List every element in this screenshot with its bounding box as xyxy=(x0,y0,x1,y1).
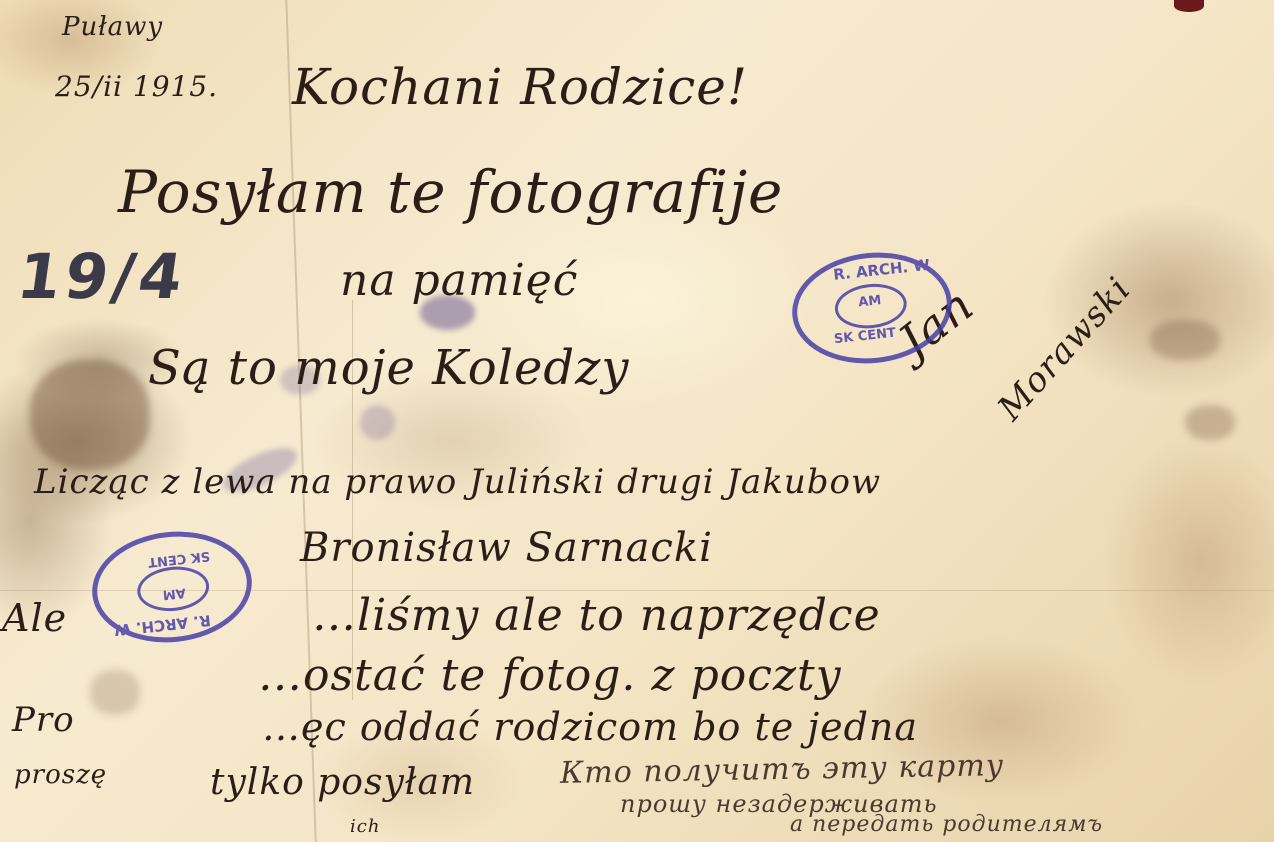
letter-line: …ostać te fotog. z poczty xyxy=(258,650,842,701)
water-stain xyxy=(30,360,150,470)
margin-fragment: Pro xyxy=(12,700,75,740)
letter-line: Licząc z lewa na prawo Juliński drugi Ja… xyxy=(34,462,881,502)
water-stain xyxy=(90,670,140,715)
letter-line: ich xyxy=(350,816,380,837)
greeting: Kochani Rodzice! xyxy=(292,58,748,116)
stamp-text-lower: SK CENT xyxy=(147,548,210,569)
russian-note-line: а передать родителямъ xyxy=(790,812,1103,837)
margin-fragment: proszę xyxy=(14,760,107,790)
date: 25/ii 1915. xyxy=(55,70,218,103)
stamp-text: R. ARCH. W xyxy=(832,256,930,284)
letter-line: …liśmy ale to naprzędce xyxy=(312,590,881,641)
water-stain xyxy=(1185,405,1235,440)
postcard-back: Puławy 25/ii 1915. Kochani Rodzice! 19/4… xyxy=(0,0,1274,842)
letter-line: …ęc oddać rodzicom bo te jedna xyxy=(262,705,918,749)
corner-mark xyxy=(1174,0,1204,12)
stamp-text-lower: SK CENT xyxy=(833,326,896,347)
stamp-monogram: AM xyxy=(162,585,186,602)
letter-line: Są to moje Koledzy xyxy=(148,340,630,396)
letter-line: Bronisław Sarnacki xyxy=(300,525,713,571)
archive-stamp-lower: R. ARCH. W SK CENT AM xyxy=(87,524,258,650)
ink-blot xyxy=(360,405,395,440)
signature-last-name: Morawski xyxy=(990,269,1139,428)
letter-line: na pamięć xyxy=(340,255,578,306)
archive-number: 19/4 xyxy=(13,240,191,313)
stamp-monogram: AM xyxy=(858,293,882,310)
letter-line: Posyłam te fotografije xyxy=(118,158,783,226)
russian-note-line: Кто получитъ эту карту xyxy=(560,748,1005,791)
margin-fragment: Ale xyxy=(2,596,67,640)
letter-line: tylko posyłam xyxy=(210,762,475,803)
stamp-text: R. ARCH. W xyxy=(113,611,211,639)
place-name: Puławy xyxy=(62,12,163,42)
water-stain xyxy=(1150,320,1220,360)
